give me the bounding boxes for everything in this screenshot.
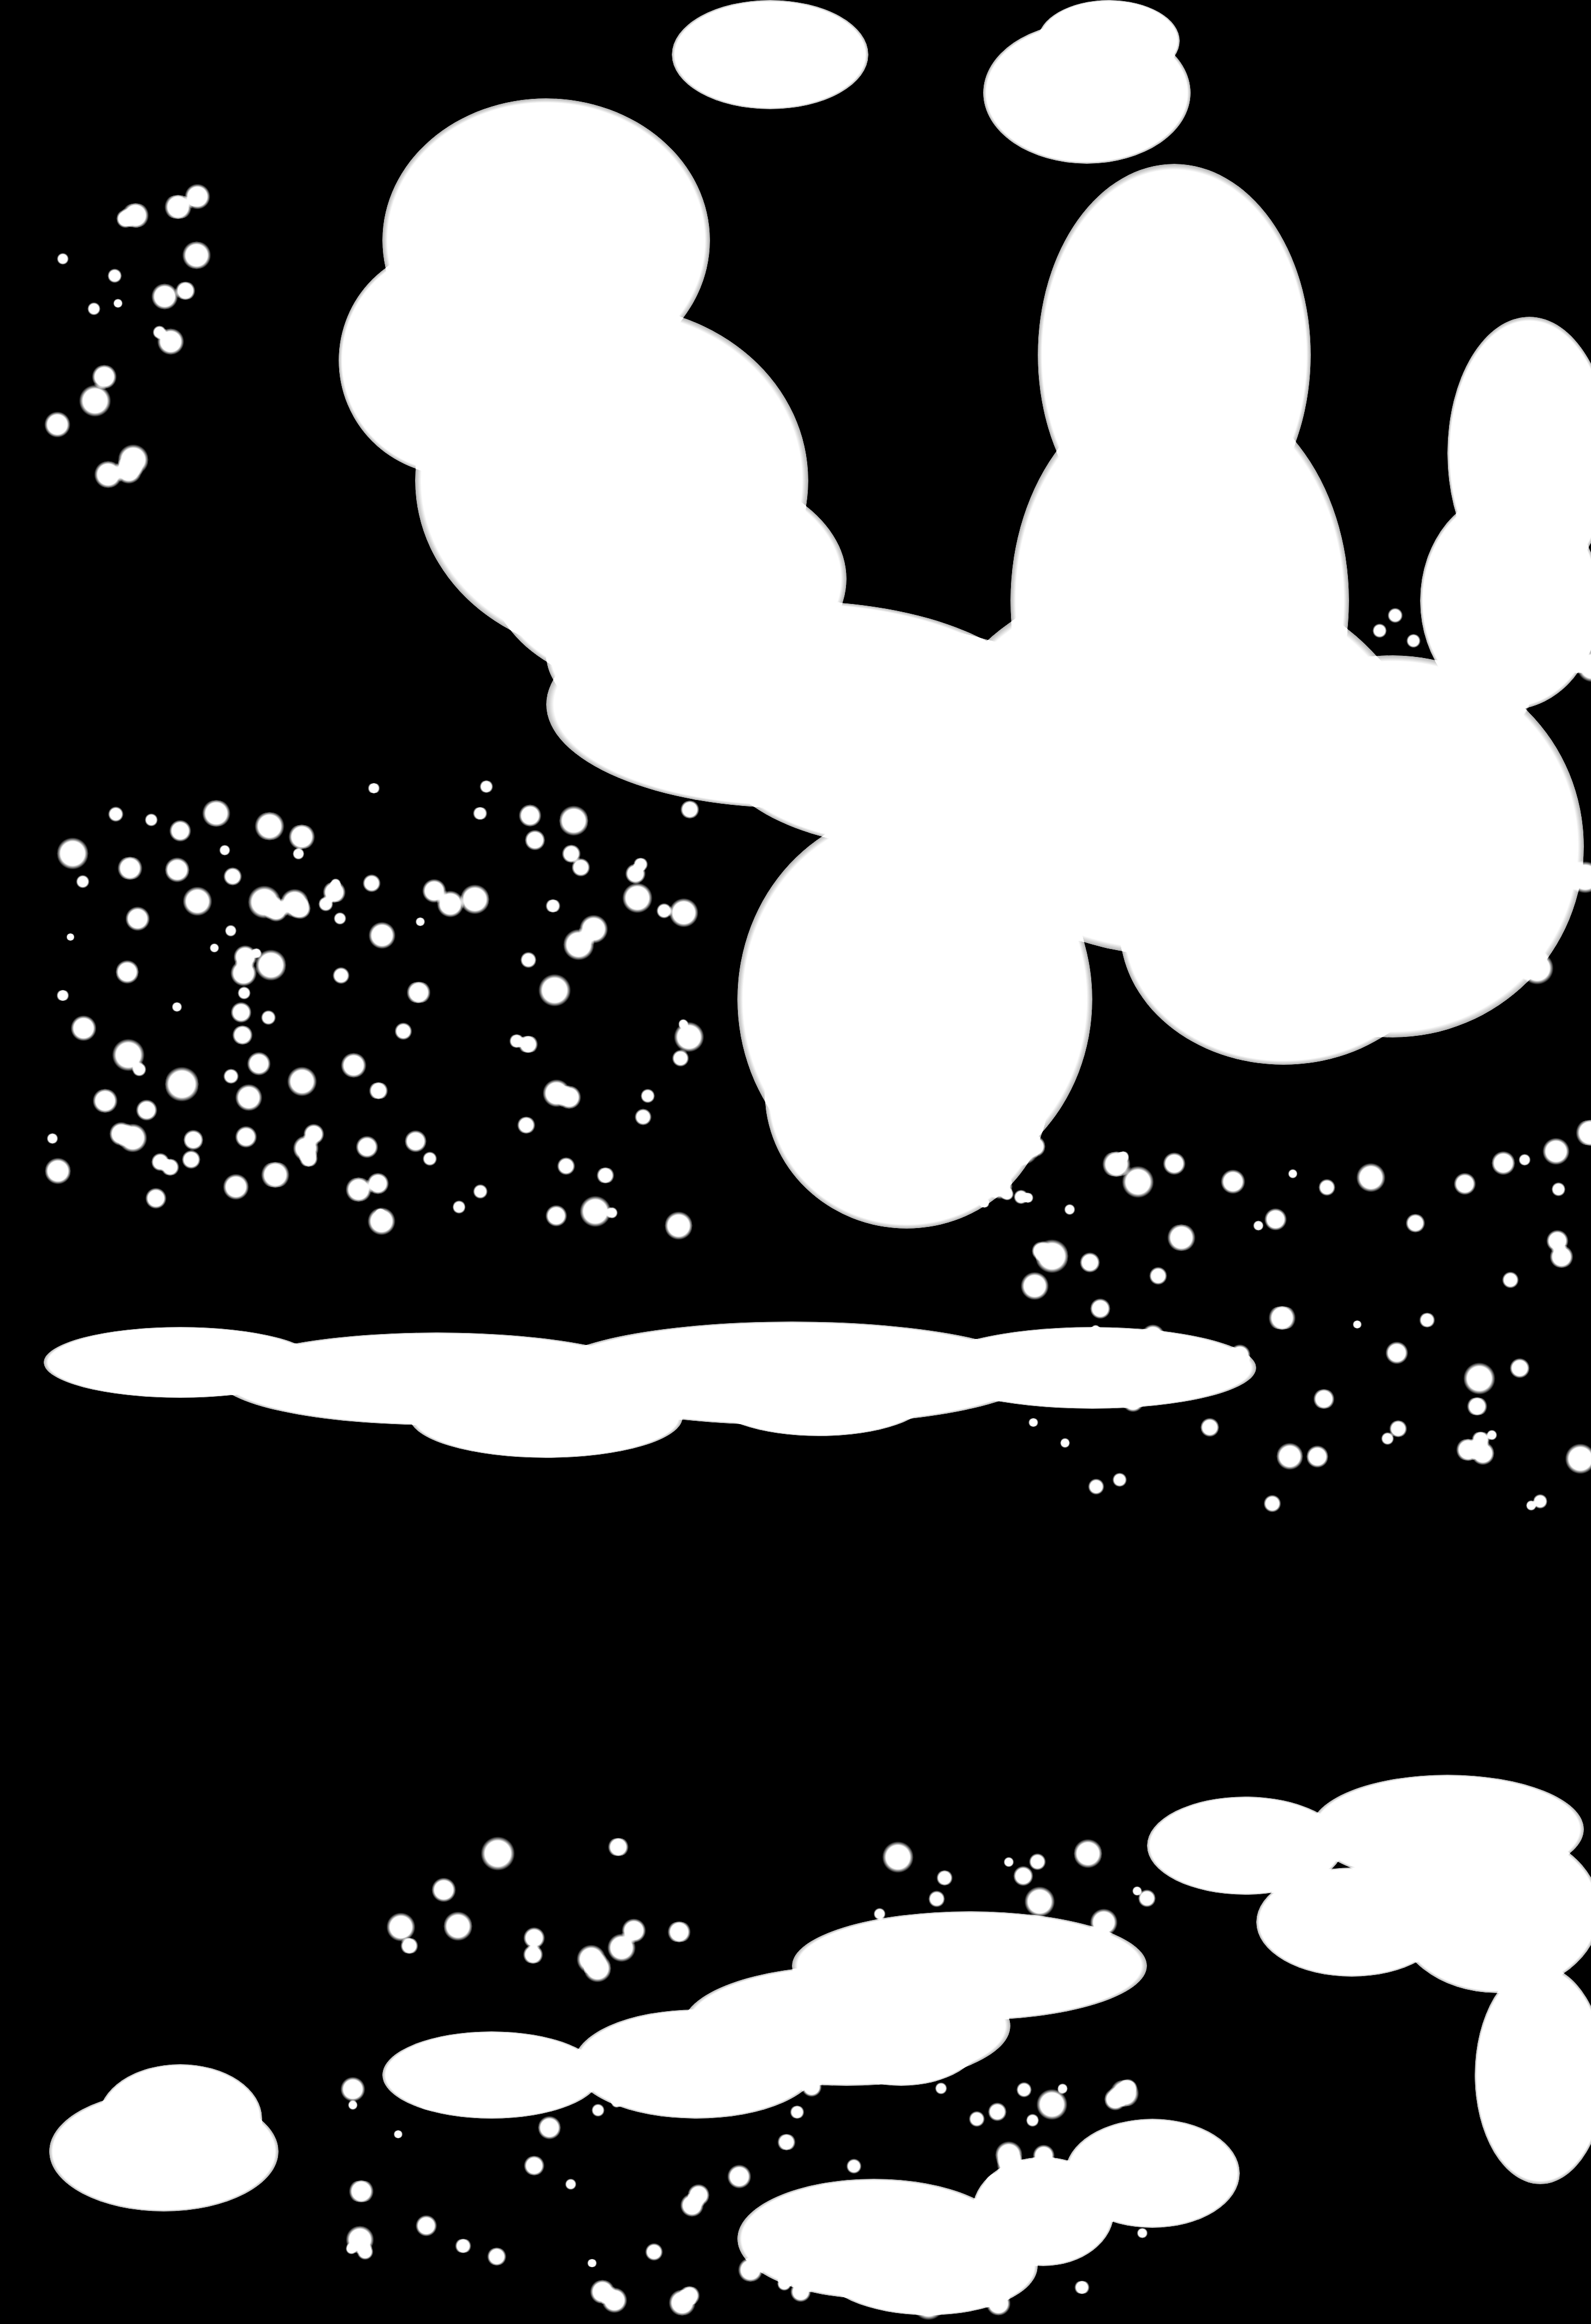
cloud-speck	[1405, 974, 1417, 987]
cloud-speck	[87, 301, 100, 316]
cloud-speck	[559, 803, 589, 838]
cloud-speck	[1165, 1224, 1198, 1251]
cloud-speck	[230, 1001, 251, 1024]
cloud-speck	[135, 1099, 159, 1121]
cloud-speck	[293, 847, 304, 861]
cloud-speck	[422, 878, 447, 904]
cloud-speck	[1443, 725, 1476, 761]
cloud-speck	[1121, 1390, 1145, 1413]
cloud-speck	[1492, 1149, 1515, 1177]
cloud-mass	[382, 2031, 601, 2119]
cloud-speck	[936, 2203, 963, 2235]
cloud-speck	[116, 958, 139, 986]
cloud-speck	[1575, 636, 1591, 655]
cloud-speck	[1358, 911, 1388, 944]
cloud-speck	[904, 1947, 925, 1970]
cloud-speck	[979, 1136, 1009, 1172]
cloud-speck	[736, 2258, 765, 2282]
image-left-border	[0, 0, 38, 2324]
cloud-speck	[1087, 1478, 1105, 1495]
cloud-speck	[521, 951, 536, 969]
cloud-speck	[405, 1129, 427, 1154]
cloud-speck	[841, 2261, 865, 2284]
cloud-speck	[1021, 1193, 1034, 1203]
cloud-speck	[264, 897, 289, 923]
cloud-mass	[819, 1988, 983, 2086]
cloud-speck	[91, 1089, 119, 1113]
cloud-speck	[968, 2110, 986, 2127]
cloud-speck	[665, 1210, 693, 1242]
cloud-speck	[1573, 1120, 1591, 1146]
cloud-speck	[1070, 1368, 1086, 1382]
cloud-speck	[1149, 1266, 1167, 1286]
cloud-speck	[1465, 1397, 1489, 1415]
cloud-speck	[1453, 1172, 1476, 1196]
cloud-speck	[256, 947, 286, 983]
cloud-speck	[362, 874, 381, 893]
cloud-speck	[1297, 774, 1310, 786]
cloud-speck	[1370, 883, 1383, 898]
cloud-speck	[1291, 904, 1302, 914]
cloud-speck	[225, 924, 236, 938]
cloud-speck	[261, 1010, 276, 1026]
cloud-speck	[1442, 893, 1471, 926]
cloud-speck	[44, 411, 71, 439]
cloud-speck	[1032, 1240, 1050, 1262]
cloud-speck	[209, 943, 220, 953]
cloud-speck	[1552, 1181, 1565, 1197]
cloud-speck	[1027, 1418, 1039, 1427]
cloud-speck	[1026, 2113, 1039, 2127]
cloud-speck	[1418, 1313, 1436, 1327]
cloud-speck	[1280, 745, 1298, 762]
cloud-speck	[1032, 2144, 1055, 2167]
cloud-speck	[1470, 1432, 1491, 1448]
cloud-speck	[592, 2103, 605, 2118]
cloud-speck	[393, 2130, 404, 2138]
cloud-speck	[394, 1022, 412, 1041]
cloud-speck	[820, 2184, 831, 2193]
cloud-speck	[1140, 1324, 1166, 1349]
cloud-speck	[556, 1157, 576, 1175]
cloud-speck	[667, 2290, 697, 2316]
cloud-speck	[1275, 671, 1302, 690]
cloud-speck	[1064, 2172, 1078, 2185]
cloud-mass	[1420, 491, 1591, 710]
cloud-speck	[935, 1870, 954, 1886]
cloud-speck	[344, 1177, 374, 1202]
cloud-speck	[156, 328, 186, 355]
cloud-mass	[339, 246, 568, 475]
cloud-speck	[1099, 1152, 1133, 1177]
cloud-speck	[606, 1207, 618, 1219]
cloud-speck	[1104, 2086, 1126, 2112]
cloud-speck	[998, 2181, 1011, 2192]
cloud-speck	[995, 2152, 1026, 2177]
cloud-speck	[108, 268, 122, 284]
cloud-speck	[368, 921, 396, 951]
cloud-speck	[168, 820, 192, 842]
cloud-speck	[1546, 1229, 1569, 1253]
cloud-speck	[1474, 767, 1495, 791]
cloud-speck	[1265, 1306, 1299, 1330]
cloud-speck	[873, 1907, 885, 1920]
cloud-speck	[516, 1117, 537, 1134]
cloud-speck	[508, 1034, 525, 1048]
cloud-speck	[1279, 631, 1298, 647]
cloud-speck	[1421, 920, 1446, 939]
cloud-speck	[1385, 1341, 1409, 1364]
cloud-speck	[606, 1838, 631, 1856]
cloud-speck	[1064, 1203, 1075, 1216]
cloud-speck	[1521, 605, 1547, 636]
cloud-speck	[1200, 1416, 1219, 1438]
cloud-speck	[1162, 1152, 1186, 1176]
cloud-speck	[1518, 1154, 1531, 1166]
cloud-speck	[182, 1149, 201, 1170]
cloud-speck	[453, 2239, 473, 2253]
cloud-speck	[415, 917, 426, 926]
cloud-speck	[165, 856, 190, 884]
cloud-speck	[1405, 634, 1421, 648]
cloud-mass	[1256, 1867, 1447, 1977]
cloud-speck	[1513, 826, 1526, 841]
cloud-speck	[644, 2243, 664, 2261]
cloud-speck	[366, 783, 381, 793]
cloud-speck	[1510, 1357, 1530, 1379]
cloud-speck	[222, 867, 243, 885]
cloud-speck	[108, 806, 124, 822]
cloud-speck	[1373, 622, 1387, 639]
cloud-speck	[575, 1944, 607, 1974]
cloud-speck	[431, 1876, 456, 1904]
cloud-speck	[525, 828, 545, 852]
cloud-speck	[843, 2199, 874, 2234]
cloud-speck	[790, 2281, 812, 2303]
cloud-speck	[1387, 607, 1403, 624]
cloud-speck	[1339, 963, 1371, 992]
cloud-speck	[985, 2291, 1012, 2316]
cloud-speck	[486, 2248, 508, 2266]
cloud-speck	[927, 1137, 957, 1161]
cloud-speck	[1424, 813, 1452, 843]
cloud-speck	[1276, 1441, 1304, 1472]
cloud-speck	[1003, 1857, 1014, 1867]
cloud-speck	[560, 845, 582, 863]
cloud-speck	[1122, 2123, 1146, 2148]
cloud-speck	[777, 2275, 791, 2292]
cloud-speck	[171, 1002, 184, 1012]
cloud-speck	[544, 899, 562, 912]
cloud-speck	[595, 1167, 616, 1183]
cloud-speck	[472, 1184, 488, 1200]
cloud-speck	[875, 2189, 906, 2217]
cloud-speck	[223, 1172, 249, 1201]
cloud-speck	[537, 973, 572, 1007]
cloud-speck	[1463, 1361, 1495, 1396]
cloud-speck	[56, 253, 69, 265]
cloud-mass	[672, 0, 868, 109]
cloud-speck	[481, 1835, 514, 1873]
cloud-speck	[471, 807, 489, 820]
cloud-speck	[1388, 1420, 1409, 1437]
cloud-speck	[355, 1135, 379, 1159]
cloud-speck	[1412, 896, 1423, 908]
cloud-speck	[1111, 1473, 1128, 1487]
cloud-speck	[165, 1064, 199, 1104]
cloud-speck	[125, 905, 150, 932]
cloud-speck	[1138, 1888, 1155, 1908]
cloud-speck	[1074, 1837, 1102, 1870]
cloud-speck	[330, 878, 341, 890]
cloud-speck	[1090, 1297, 1110, 1320]
cloud-speck	[230, 1025, 255, 1045]
cloud-speck	[366, 1207, 397, 1236]
cloud-speck	[542, 1078, 571, 1108]
cloud-speck	[114, 456, 143, 484]
cloud-speck	[1025, 1134, 1045, 1159]
cloud-speck	[57, 835, 89, 871]
cloud-speck	[46, 1133, 58, 1143]
cloud-speck	[1220, 1169, 1246, 1195]
cloud-speck	[234, 1084, 264, 1111]
cloud-speck	[679, 801, 701, 819]
cloud-speck	[1520, 951, 1554, 986]
cloud-speck	[901, 1122, 913, 1135]
cloud-speck	[182, 885, 212, 917]
cloud-speck	[948, 1916, 974, 1946]
cloud-speck	[538, 2114, 561, 2141]
cloud-speck	[180, 241, 213, 269]
cloud-speck	[111, 1037, 145, 1072]
cloud-speck	[1252, 1220, 1264, 1231]
cloud-speck	[935, 2082, 948, 2095]
cloud-speck	[1318, 1178, 1335, 1197]
cloud-speck	[115, 857, 145, 880]
cloud-speck	[776, 2134, 798, 2150]
cloud-speck	[356, 2243, 375, 2260]
cloud-speck	[915, 1165, 943, 1188]
cloud-speck	[669, 897, 699, 929]
cloud-speck	[1028, 1853, 1046, 1870]
cloud-speck	[522, 2156, 547, 2175]
cloud-speck	[184, 1128, 203, 1152]
cloud-speck	[109, 1120, 133, 1147]
cloud-speck	[78, 384, 112, 417]
cloud-speck	[1338, 744, 1369, 767]
cloud-speck	[1030, 2220, 1046, 2233]
cloud-speck	[1073, 2281, 1091, 2294]
cloud-speck	[150, 283, 179, 310]
cloud-speck	[1526, 1499, 1536, 1511]
cloud-speck	[913, 2285, 944, 2322]
cloud-speck	[1036, 2088, 1068, 2121]
cloud-speck	[1013, 1865, 1033, 1887]
cloud-speck	[252, 812, 287, 840]
cloud-speck	[724, 2088, 736, 2101]
cloud-speck	[75, 875, 90, 889]
cloud-speck	[45, 1156, 71, 1186]
cloud-speck	[979, 1199, 990, 1208]
cloud-speck	[955, 1147, 973, 1163]
cloud-speck	[333, 912, 347, 925]
cloud-speck	[345, 1060, 355, 1072]
cloud-mass	[98, 2064, 262, 2173]
cloud-speck	[1442, 980, 1475, 1019]
cloud-speck	[66, 933, 75, 941]
cloud-speck	[1461, 929, 1492, 955]
cloud-speck	[332, 967, 350, 985]
satellite-cloud-image: High-contrast black and white satellite …	[0, 0, 1591, 2324]
cloud-speck	[367, 1082, 390, 1099]
cloud-speck	[882, 1840, 914, 1874]
cloud-speck	[258, 1162, 292, 1188]
cloud-speck	[846, 2158, 862, 2175]
cloud-speck	[1298, 967, 1312, 983]
cloud-speck	[120, 203, 151, 228]
cloud-speck	[1080, 1251, 1100, 1274]
cloud-mass	[1475, 1966, 1591, 2184]
cloud-speck	[55, 990, 70, 1001]
cloud-speck	[222, 1069, 240, 1084]
cloud-speck	[286, 825, 317, 849]
cloud-speck	[1404, 1214, 1427, 1232]
cloud-speck	[1079, 2214, 1108, 2237]
cloud-speck	[238, 986, 251, 1000]
cloud-mass	[1038, 0, 1180, 82]
cloud-mass	[710, 1360, 928, 1436]
cloud-speck	[789, 2106, 806, 2119]
cloud-speck	[1311, 1389, 1336, 1409]
cloud-speck	[346, 2180, 376, 2203]
cloud-speck	[1060, 1437, 1070, 1449]
cloud-speck	[422, 1151, 437, 1167]
cloud-mass	[410, 1376, 683, 1458]
cloud-speck	[200, 800, 233, 827]
cloud-speck	[70, 1014, 97, 1042]
cloud-speck	[90, 365, 119, 389]
cloud-speck	[523, 1926, 546, 1949]
cloud-speck	[1362, 693, 1371, 702]
cloud-speck	[665, 1922, 693, 1942]
cloud-speck	[443, 1910, 472, 1943]
cloud-speck	[624, 864, 647, 884]
cloud-speck	[563, 927, 594, 962]
cloud-speck	[928, 1889, 945, 1908]
cloud-speck	[453, 1199, 466, 1215]
cloud-speck	[151, 1152, 169, 1172]
cloud-speck	[586, 2259, 598, 2267]
cloud-speck	[113, 299, 123, 308]
cloud-speck	[1352, 1320, 1363, 1329]
cloud-speck	[145, 1187, 167, 1209]
cloud-speck	[386, 1912, 416, 1942]
cloud-speck	[611, 2096, 622, 2108]
cloud-speck	[415, 2214, 437, 2237]
cloud-speck	[1229, 1343, 1251, 1367]
cloud-speck	[218, 845, 231, 856]
cloud-speck	[1505, 691, 1530, 717]
cloud-speck	[727, 2163, 751, 2190]
cloud-speck	[1089, 1908, 1119, 1937]
cloud-speck	[1306, 1444, 1328, 1470]
cloud-speck	[1090, 1325, 1101, 1335]
cloud-speck	[641, 1088, 655, 1105]
cloud-speck	[1358, 788, 1392, 817]
cloud-speck	[318, 896, 333, 912]
cloud-speck	[184, 183, 212, 210]
cloud-speck	[287, 1065, 317, 1098]
cloud-speck	[345, 2243, 358, 2255]
cloud-speck	[1542, 1137, 1570, 1166]
cloud-speck	[678, 1019, 689, 1029]
cloud-speck	[1264, 1207, 1287, 1232]
cloud-speck	[404, 982, 433, 1003]
cloud-speck	[688, 2183, 709, 2208]
cloud-speck	[460, 882, 489, 916]
cloud-speck	[1564, 1443, 1591, 1475]
cloud-speck	[985, 1360, 1010, 1383]
cloud-speck	[1071, 2207, 1081, 2216]
cloud-speck	[565, 2178, 577, 2190]
cloud-speck	[292, 1135, 320, 1161]
cloud-speck	[1332, 641, 1342, 650]
cloud-speck	[634, 1108, 653, 1126]
cloud-speck	[588, 2280, 617, 2304]
cloud-speck	[517, 804, 543, 827]
cloud-speck	[478, 780, 494, 792]
cloud-speck	[1383, 734, 1411, 762]
cloud-speck	[340, 2076, 366, 2102]
cloud-speck	[545, 1205, 569, 1227]
cloud-speck	[985, 2225, 1018, 2262]
cloud-speck	[1501, 1271, 1519, 1289]
cloud-speck	[763, 2217, 796, 2256]
cloud-speck	[235, 1125, 257, 1148]
cloud-speck	[621, 882, 654, 914]
cloud-speck	[1019, 1272, 1050, 1300]
cloud-speck	[1024, 1886, 1056, 1918]
cloud-mass	[928, 1327, 1256, 1409]
cloud-speck	[1263, 1494, 1281, 1513]
cloud-speck	[246, 1051, 271, 1076]
cloud-speck	[988, 2101, 1007, 2123]
cloud-speck	[606, 1933, 637, 1962]
cloud-speck	[1355, 1163, 1387, 1193]
cloud-speck	[932, 1949, 963, 1979]
cloud-speck	[1016, 2081, 1032, 2098]
cloud-speck	[1136, 2228, 1149, 2238]
cloud-speck	[1288, 1169, 1298, 1179]
cloud-speck	[1417, 871, 1433, 882]
cloud-speck	[801, 2076, 822, 2097]
cloud-speck	[145, 813, 158, 827]
